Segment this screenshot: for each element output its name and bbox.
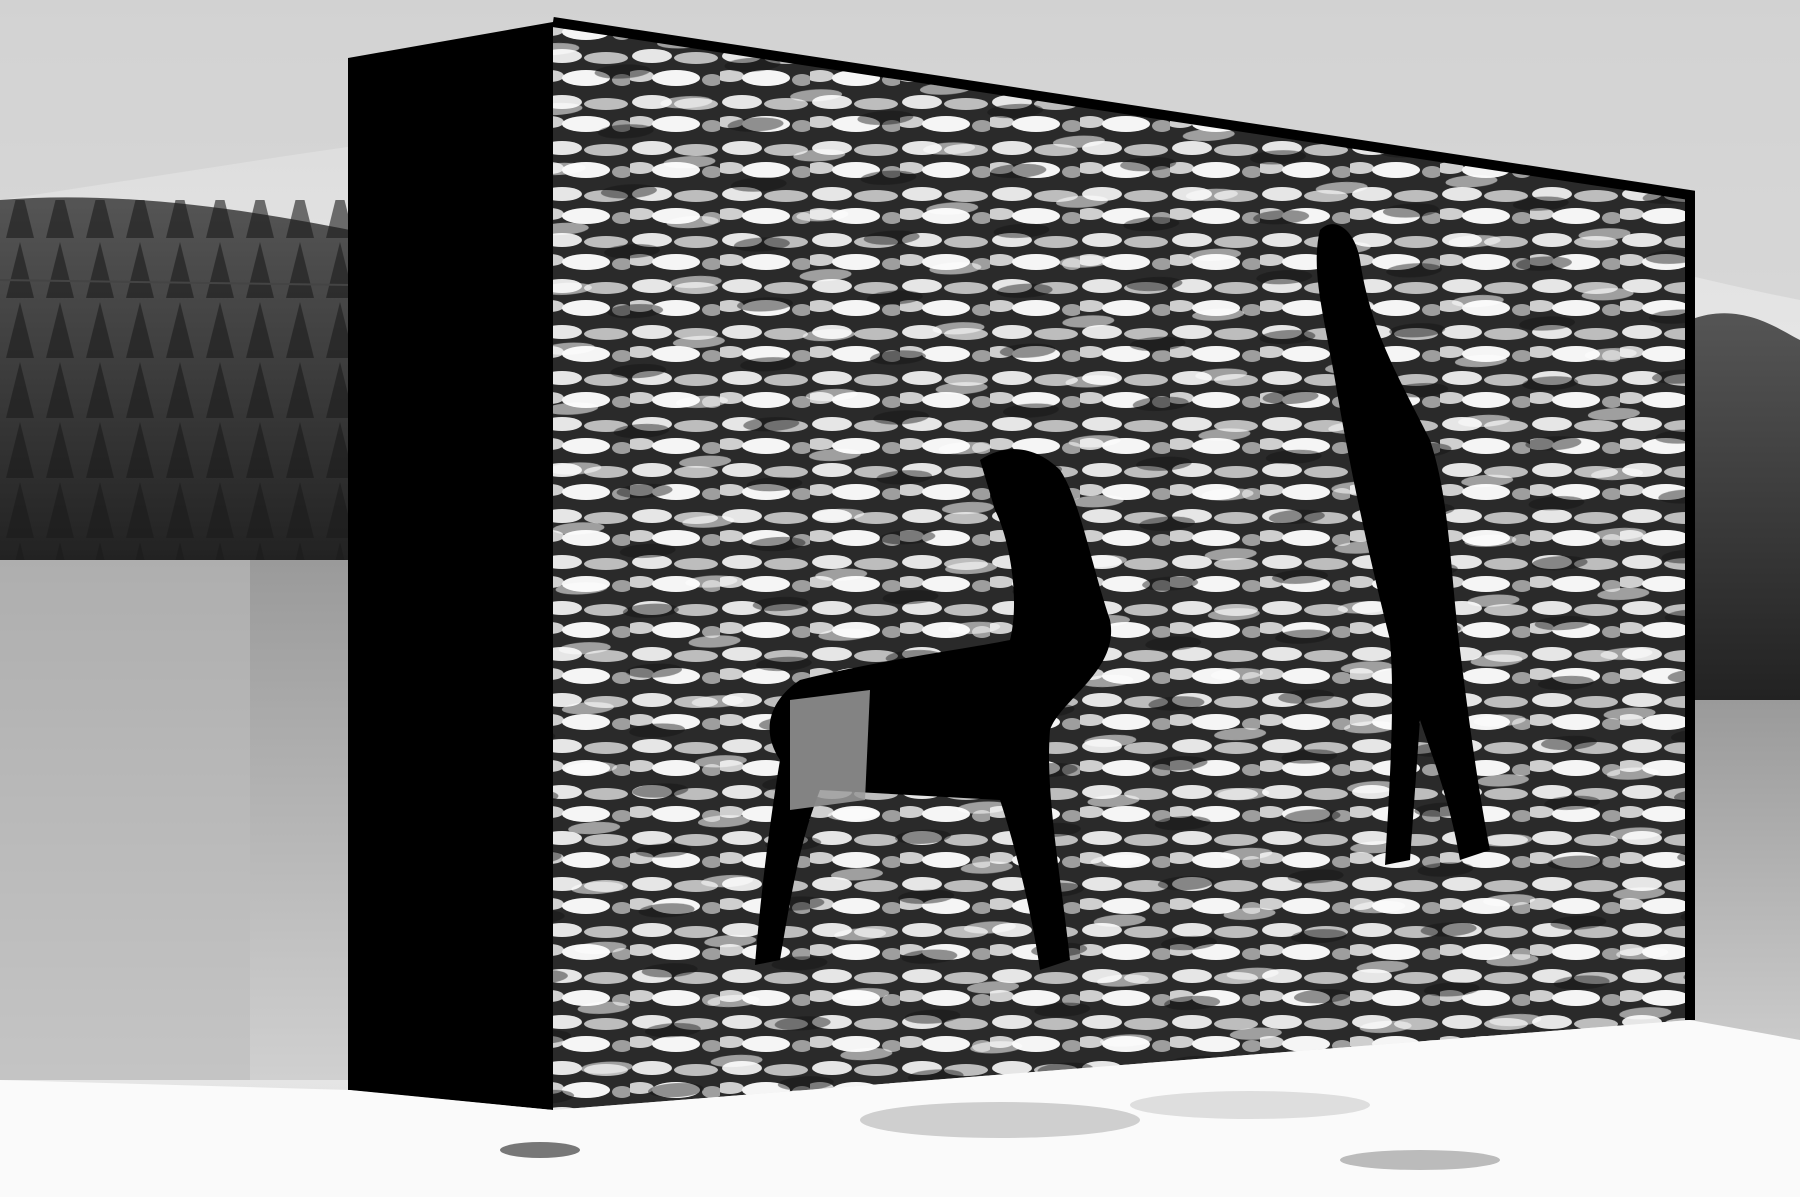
photo-scene: Black-and-white photograph of a dry-ston… (0, 0, 1800, 1197)
forest-right (1690, 313, 1800, 700)
photograph (0, 0, 1800, 1197)
steel-frame-side (348, 22, 553, 1110)
